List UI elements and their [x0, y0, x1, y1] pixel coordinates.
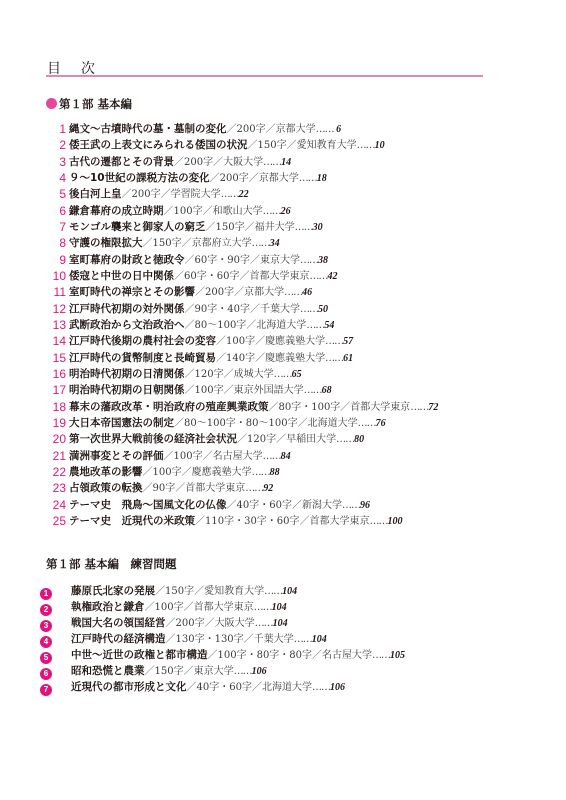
entry-page-number: 84: [281, 451, 291, 462]
entry-meta: ／100字／名古屋大学: [164, 451, 263, 462]
entry-title: 室町時代の禅宗とその影響: [69, 286, 195, 298]
entry-title: 近現代の都市形成と文化: [71, 681, 187, 693]
entry-title: 武断政治から文治政治へ: [69, 319, 185, 331]
title-underline: [46, 75, 483, 77]
toc-entry[interactable]: 8守護の権限拡大／150字／京都府立大学……34: [36, 235, 438, 251]
entry-leader-dots: ……: [410, 402, 428, 413]
toc-entry[interactable]: 7モンゴル襲来と御家人の窮乏／150字／福井大学……30: [36, 219, 438, 235]
entry-title: テーマ史 飛鳥〜国風文化の仏像: [69, 499, 227, 511]
toc-entry[interactable]: 25テーマ史 近現代の米政策／110字・30字・60字／首都大学東京……100: [36, 513, 438, 529]
part1-toc-list: 1縄文〜古墳時代の墓・墓制の変化／200字／京都大学…… 62倭王武の上表文にみ…: [36, 121, 438, 529]
entry-title: 大日本帝国憲法の制定: [69, 417, 174, 429]
entry-meta: ／90字／首都大学東京: [143, 483, 246, 494]
entry-leader-dots: ……: [316, 124, 334, 135]
entry-meta: ／140字／慶應義塾大学: [216, 353, 325, 364]
entry-leader-dots: ……: [245, 483, 263, 494]
entry-page-number: 92: [263, 483, 273, 494]
entry-title: 占領政策の転換: [69, 482, 143, 494]
entry-number: 25: [36, 513, 66, 529]
entry-meta: ／100字／和歌山大学: [164, 206, 263, 217]
entry-meta: ／110字・30字・60字／首都大学東京: [195, 516, 370, 527]
entry-number: 11: [36, 284, 66, 300]
entry-title: 昭和恐慌と農業: [71, 665, 145, 677]
entry-number: 1: [36, 121, 66, 137]
entry-title: 農地改革の影響: [69, 466, 143, 478]
entry-title: 古代の遷都とその背景: [69, 156, 174, 168]
toc-entry[interactable]: 6鎌倉幕府の成立時期／100字／和歌山大学……26: [36, 203, 438, 219]
entry-leader-dots: ……: [234, 666, 252, 677]
entry-number: 2: [36, 137, 66, 153]
entry-title: 江戸時代の経済構造: [71, 633, 166, 645]
entry-page-number: 104: [273, 618, 288, 629]
practice-toc-entry[interactable]: 1藤原氏北家の発展／150字／愛知教育大学……104: [36, 583, 405, 599]
entry-page-number: 50: [318, 304, 328, 315]
entry-title: 江戸時代後期の農村社会の変容: [69, 335, 216, 347]
entry-meta: ／150字／愛知教育大学: [248, 140, 357, 151]
entry-leader-dots: ……: [312, 682, 330, 693]
practice-toc-entry[interactable]: 6昭和恐慌と農業／150字／東京大学……106: [36, 663, 405, 679]
entry-page-number: 80: [354, 434, 364, 445]
section-heading-part1: 第１部 基本編: [46, 96, 132, 112]
toc-entry[interactable]: 13武断政治から文治政治へ／80〜100字／北海道大学……54: [36, 317, 438, 333]
entry-meta: ／100字・80字・80字／名古屋大学: [208, 650, 373, 661]
toc-entry[interactable]: 4９〜10世紀の課税方法の変化／200字／京都大学……18: [36, 170, 438, 186]
entry-page-number: 26: [281, 206, 291, 217]
entry-page-number: 57: [343, 336, 353, 347]
section-heading-practice: 第１部 基本編 練習問題: [46, 556, 177, 572]
entry-leader-dots: ……: [295, 222, 313, 233]
entry-number: 7: [36, 219, 66, 235]
toc-entry[interactable]: 18幕末の藩政改革・明治政府の殖産興業政策／80字・100字／首都大学東京……7…: [36, 399, 438, 415]
entry-title: 満洲事変とその評価: [69, 450, 164, 462]
entry-title: 守護の権限拡大: [69, 237, 143, 249]
toc-entry[interactable]: 20第一次世界大戦前後の経済社会状況／120字／早稲田大学……80: [36, 431, 438, 447]
toc-entry[interactable]: 24テーマ史 飛鳥〜国風文化の仏像／40字・60字／新潟大学……96: [36, 497, 438, 513]
entry-meta: ／100字／首都大学東京: [145, 602, 254, 613]
entry-title: 縄文〜古墳時代の墓・墓制の変化: [69, 123, 227, 135]
toc-entry[interactable]: 14江戸時代後期の農村社会の変容／100字／慶應義塾大学……57: [36, 333, 438, 349]
toc-entry[interactable]: 17明治時代初期の日朝関係／100字／東京外国語大学……68: [36, 382, 438, 398]
entry-leader-dots: ……: [221, 189, 239, 200]
bullet-dot-icon: [46, 98, 57, 109]
entry-meta: ／200字／京都大学: [195, 287, 284, 298]
entry-leader-dots: ……: [358, 418, 376, 429]
entry-page-number: 6: [334, 124, 342, 135]
toc-entry[interactable]: 10倭寇と中世の日中関係／60字・60字／首都大学東京……42: [36, 268, 438, 284]
entry-meta: ／40字・60字／新潟大学: [227, 500, 342, 511]
entry-page-number: 65: [292, 369, 302, 380]
section-heading-practice-label: 第１部 基本編 練習問題: [46, 557, 177, 571]
toc-entry[interactable]: 23占領政策の転換／90字／首都大学東京……92: [36, 480, 438, 496]
entry-number: 22: [36, 464, 66, 480]
entry-page-number: 100: [388, 516, 403, 527]
section-heading-part1-label: 第１部 基本編: [59, 97, 132, 111]
entry-meta: ／60字・90字／東京大学: [185, 255, 300, 266]
entry-title: 鎌倉幕府の成立時期: [69, 205, 164, 217]
entry-page-number: 14: [281, 157, 291, 168]
entry-title: 明治時代初期の日清関係: [69, 368, 185, 380]
practice-toc-list: 1藤原氏北家の発展／150字／愛知教育大学……1042執権政治と鎌倉／100字／…: [36, 583, 405, 695]
entry-number: 18: [36, 399, 66, 415]
entry-meta: ／150字／愛知教育大学: [155, 586, 264, 597]
entry-page-number: 46: [302, 287, 312, 298]
entry-meta: ／40字・60字／北海道大学: [187, 682, 312, 693]
entry-title: テーマ史 近現代の米政策: [69, 515, 195, 527]
entry-number: 16: [36, 366, 66, 382]
entry-meta: ／80〜100字／北海道大学: [185, 320, 307, 331]
practice-toc-entry[interactable]: 7近現代の都市形成と文化／40字・60字／北海道大学……106: [36, 679, 405, 695]
entry-leader-dots: ……: [252, 467, 270, 478]
entry-leader-dots: ……: [336, 434, 354, 445]
entry-page-number: 105: [390, 650, 405, 661]
entry-title: 室町幕府の財政と徳政令: [69, 254, 185, 266]
entry-meta: ／200字／京都大学: [227, 124, 316, 135]
entry-number: 23: [36, 480, 66, 496]
entry-number: 3: [36, 154, 66, 170]
entry-meta: ／130字・130字／千葉大学: [166, 634, 294, 645]
entry-leader-dots: ……: [372, 650, 390, 661]
entry-leader-dots: ……: [263, 451, 281, 462]
entry-meta: ／120字／成城大学: [185, 369, 274, 380]
entry-meta: ／150字／福井大学: [206, 222, 295, 233]
entry-page-number: 104: [272, 602, 287, 613]
entry-title: 倭王武の上表文にみられる倭国の状況: [69, 139, 248, 151]
entry-meta: ／150字／東京大学: [145, 666, 234, 677]
entry-leader-dots: ……: [294, 634, 312, 645]
entry-leader-dots: ……: [263, 206, 281, 217]
entry-leader-dots: ……: [325, 353, 343, 364]
entry-leader-dots: ……: [304, 385, 322, 396]
toc-entry[interactable]: 22農地改革の影響／100字／慶應義塾大学……88: [36, 464, 438, 480]
entry-leader-dots: ……: [263, 157, 281, 168]
entry-meta: ／200字／大阪大学: [166, 618, 255, 629]
entry-title: ９〜10世紀の課税方法の変化: [69, 172, 210, 184]
entry-title: 執権政治と鎌倉: [71, 601, 145, 613]
entry-meta: ／150字／京都府立大学: [143, 238, 252, 249]
entry-page-number: 104: [282, 586, 297, 597]
entry-number: 9: [36, 252, 66, 268]
toc-entry[interactable]: 12江戸時代初期の対外関係／90字・40字／千葉大学……50: [36, 301, 438, 317]
entry-leader-dots: ……: [254, 602, 272, 613]
entry-page-number: 68: [322, 385, 332, 396]
entry-number: 20: [36, 431, 66, 447]
entry-leader-dots: ……: [309, 271, 327, 282]
entry-leader-dots: ……: [274, 369, 292, 380]
entry-title: 江戸時代の貨幣制度と長崎貿易: [69, 352, 216, 364]
entry-title: 後白河上皇: [69, 188, 122, 200]
entry-page-number: 18: [317, 173, 327, 184]
entry-meta: ／200字／大阪大学: [174, 157, 263, 168]
practice-toc-entry[interactable]: 2執権政治と鎌倉／100字／首都大学東京……104: [36, 599, 405, 615]
entry-meta: ／60字・60字／首都大学東京: [174, 271, 309, 282]
entry-page-number: 42: [327, 271, 337, 282]
entry-number: 13: [36, 317, 66, 333]
entry-title: 明治時代初期の日朝関係: [69, 384, 185, 396]
entry-leader-dots: ……: [252, 238, 270, 249]
entry-page-number: 61: [343, 353, 353, 364]
entry-leader-dots: ……: [255, 618, 273, 629]
entry-page-number: 34: [270, 238, 280, 249]
entry-meta: ／80字・100字／首都大学東京: [269, 402, 411, 413]
entry-number: 15: [36, 350, 66, 366]
entry-leader-dots: ……: [300, 304, 318, 315]
entry-page-number: 106: [330, 682, 345, 693]
entry-page-number: 38: [318, 255, 328, 266]
entry-number: 5: [36, 186, 66, 202]
entry-title: 戦国大名の領国経営: [71, 617, 166, 629]
entry-meta: ／90字・40字／千葉大学: [185, 304, 300, 315]
entry-title: モンゴル襲来と御家人の窮乏: [69, 221, 206, 233]
toc-entry[interactable]: 2倭王武の上表文にみられる倭国の状況／150字／愛知教育大学……10: [36, 137, 438, 153]
toc-entry[interactable]: 15江戸時代の貨幣制度と長崎貿易／140字／慶應義塾大学……61: [36, 350, 438, 366]
entry-number: 10: [36, 268, 66, 284]
entry-number: 4: [36, 170, 66, 186]
entry-title: 倭寇と中世の日中関係: [69, 270, 174, 282]
entry-meta: ／100字／東京外国語大学: [185, 385, 304, 396]
entry-title: 第一次世界大戦前後の経済社会状況: [69, 433, 237, 445]
entry-title: 中世〜近世の政権と都市構造: [71, 649, 208, 661]
entry-leader-dots: ……: [306, 320, 324, 331]
entry-meta: ／120字／早稲田大学: [237, 434, 336, 445]
entry-meta: ／80〜100字・80〜100字／北海道大学: [174, 418, 358, 429]
entry-page-number: 30: [313, 222, 323, 233]
toc-entry[interactable]: 9室町幕府の財政と徳政令／60字・90字／東京大学……38: [36, 252, 438, 268]
entry-page-number: 106: [252, 666, 267, 677]
toc-entry[interactable]: 5後白河上皇／200字／学習院大学……22: [36, 186, 438, 202]
entry-leader-dots: ……: [325, 336, 343, 347]
entry-leader-dots: ……: [370, 516, 388, 527]
entry-meta: ／100字／慶應義塾大学: [216, 336, 325, 347]
entry-page-number: 76: [376, 418, 386, 429]
practice-toc-entry[interactable]: 4江戸時代の経済構造／130字・130字／千葉大学……104: [36, 631, 405, 647]
entry-leader-dots: ……: [264, 586, 282, 597]
entry-meta: ／200字／学習院大学: [122, 189, 221, 200]
entry-number: 17: [36, 382, 66, 398]
entry-title: 藤原氏北家の発展: [71, 585, 155, 597]
toc-entry[interactable]: 3古代の遷都とその背景／200字／大阪大学……14: [36, 154, 438, 170]
circled-number-icon: 7: [40, 684, 52, 696]
entry-leader-dots: ……: [300, 255, 318, 266]
entry-leader-dots: ……: [357, 140, 375, 151]
entry-page-number: 104: [312, 634, 327, 645]
entry-page-number: 88: [270, 467, 280, 478]
entry-leader-dots: ……: [342, 500, 360, 511]
toc-entry[interactable]: 1縄文〜古墳時代の墓・墓制の変化／200字／京都大学…… 6: [36, 121, 438, 137]
toc-entry[interactable]: 19大日本帝国憲法の制定／80〜100字・80〜100字／北海道大学……76: [36, 415, 438, 431]
entry-page-number: 54: [324, 320, 334, 331]
entry-title: 江戸時代初期の対外関係: [69, 303, 185, 315]
toc-entry[interactable]: 16明治時代初期の日清関係／120字／成城大学……65: [36, 366, 438, 382]
entry-number: 14: [36, 333, 66, 349]
practice-toc-entry[interactable]: 3戦国大名の領国経営／200字／大阪大学……104: [36, 615, 405, 631]
entry-page-number: 10: [375, 140, 385, 151]
entry-meta: ／200字／京都大学: [210, 173, 299, 184]
practice-toc-entry[interactable]: 5中世〜近世の政権と都市構造／100字・80字・80字／名古屋大学……105: [36, 647, 405, 663]
entry-title: 幕末の藩政改革・明治政府の殖産興業政策: [69, 401, 269, 413]
entry-leader-dots: ……: [284, 287, 302, 298]
entry-number: 8: [36, 235, 66, 251]
entry-page-number: 72: [428, 402, 438, 413]
entry-number: 6: [36, 203, 66, 219]
entry-leader-dots: ……: [299, 173, 317, 184]
entry-number: 12: [36, 301, 66, 317]
entry-page-number: 96: [360, 500, 370, 511]
toc-entry[interactable]: 21満洲事変とその評価／100字／名古屋大学……84: [36, 448, 438, 464]
entry-number: 24: [36, 497, 66, 513]
toc-entry[interactable]: 11室町時代の禅宗とその影響／200字／京都大学……46: [36, 284, 438, 300]
entry-number: 19: [36, 415, 66, 431]
entry-page-number: 22: [239, 189, 249, 200]
entry-meta: ／100字／慶應義塾大学: [143, 467, 252, 478]
entry-number: 21: [36, 448, 66, 464]
